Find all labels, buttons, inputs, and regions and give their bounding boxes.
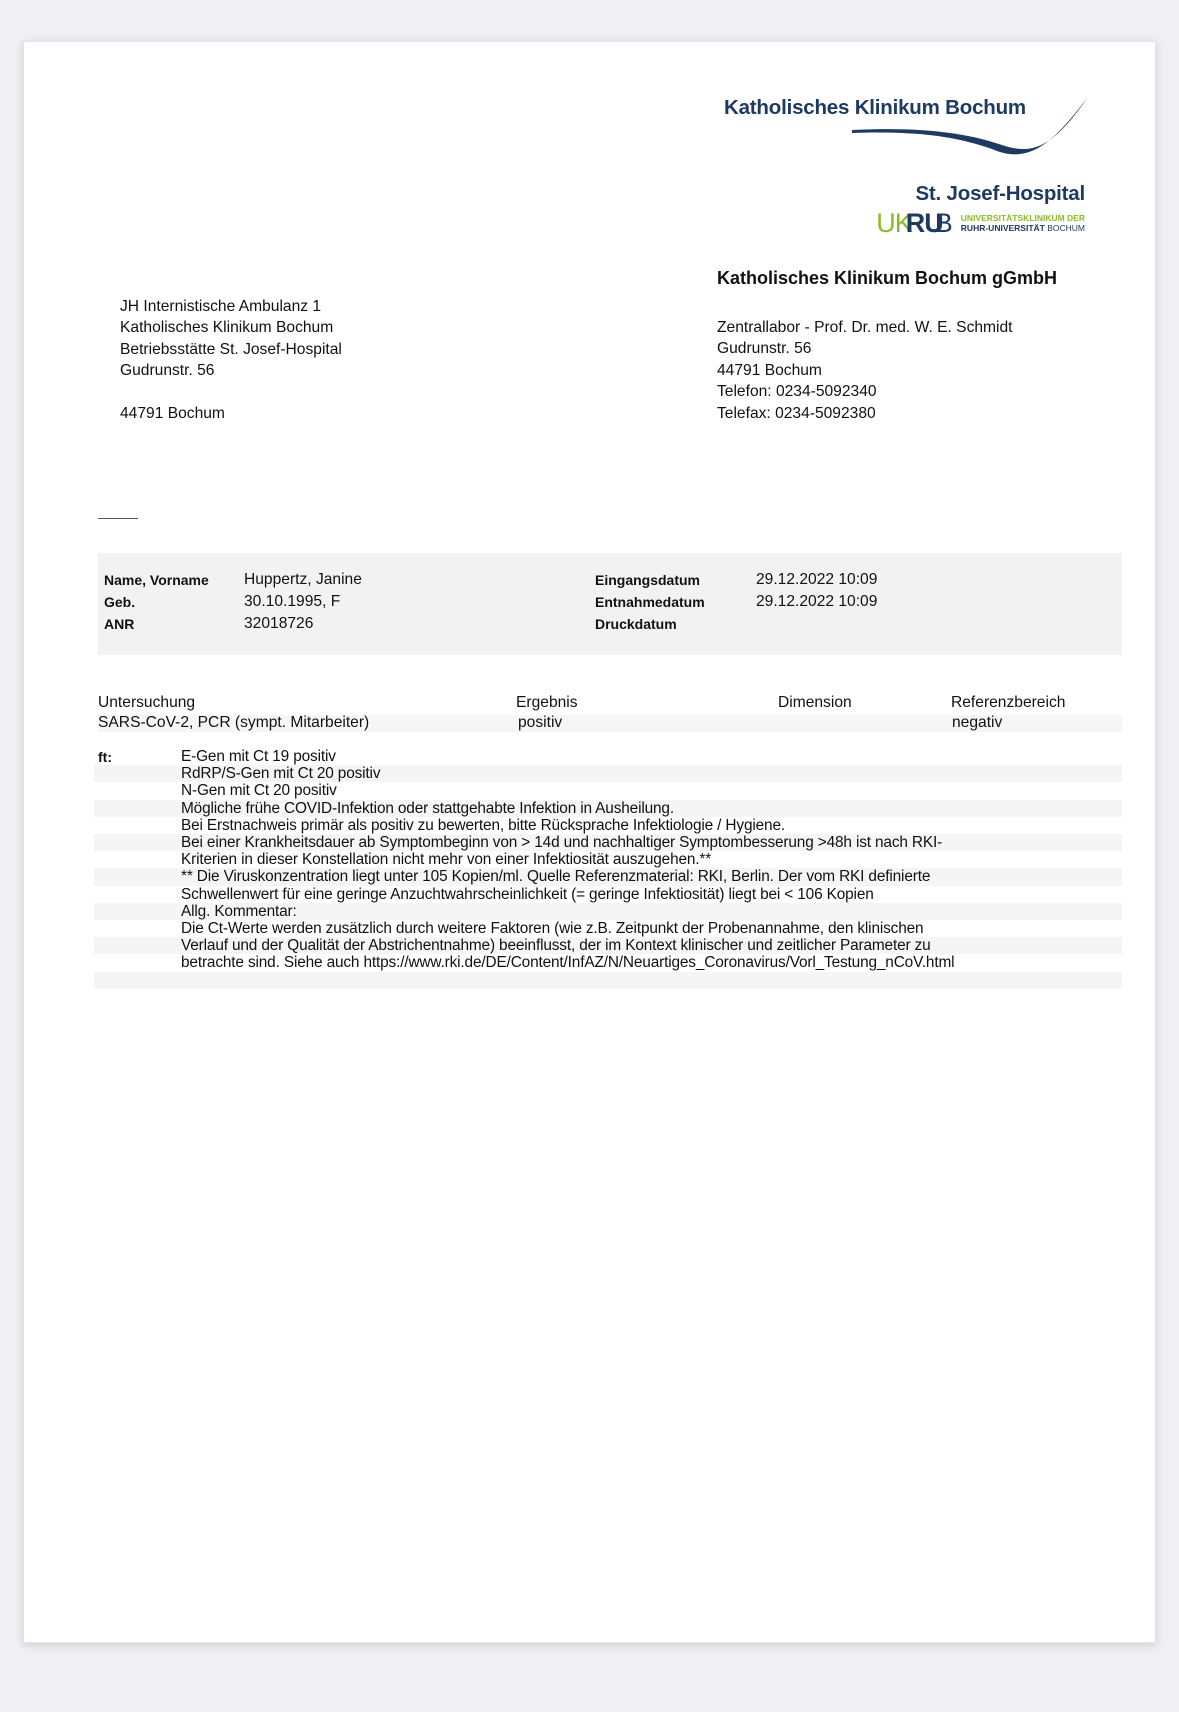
comment-text: RdRP/S-Gen mit Ct 20 positiv xyxy=(181,765,380,782)
patient-anr-value: 32018726 xyxy=(244,615,313,633)
patient-dob-value: 30.10.1995, F xyxy=(244,593,340,611)
col-header-dimension: Dimension xyxy=(778,694,852,712)
comment-text: Schwellenwert für eine geringe Anzuchtwa… xyxy=(181,886,874,903)
recipient-line: 44791 Bochum xyxy=(120,403,342,424)
hospital-name: St. Josef-Hospital xyxy=(915,182,1085,206)
comment-line: Kriterien in dieser Konstellation nicht … xyxy=(94,851,1122,868)
recipient-line: Betriebsstätte St. Josef-Hospital xyxy=(120,339,342,360)
fold-mark-divider xyxy=(98,518,138,519)
ukrub-b: B xyxy=(935,208,953,238)
comment-text: Allg. Kommentar: xyxy=(181,903,297,920)
comment-line: Bei Erstnachweis primär als positiv zu b… xyxy=(94,817,1122,834)
comment-line: betrachte sind. Siehe auch https://www.r… xyxy=(94,954,1122,971)
recipient-address: JH Internistische Ambulanz 1 Katholische… xyxy=(120,296,342,424)
comment-line: Mögliche frühe COVID-Infektion oder stat… xyxy=(94,800,1122,817)
comment-text: Bei einer Krankheitsdauer ab Symptombegi… xyxy=(181,834,942,851)
comment-text: Verlauf und der Qualität der Abstrichent… xyxy=(181,937,931,954)
sender-line: Telefon: 0234-5092340 xyxy=(717,381,1013,402)
comment-line: Verlauf und der Qualität der Abstrichent… xyxy=(94,937,1122,954)
comment-text: betrachte sind. Siehe auch https://www.r… xyxy=(181,954,954,971)
comment-line: RdRP/S-Gen mit Ct 20 positiv xyxy=(94,765,1122,782)
comment-text: E-Gen mit Ct 19 positiv xyxy=(181,748,336,765)
ukrub-subtitle-3: BOCHUM xyxy=(1045,223,1085,233)
comment-line xyxy=(94,972,1122,989)
comment-line: Allg. Kommentar: xyxy=(94,903,1122,920)
sender-line: 44791 Bochum xyxy=(717,360,1013,381)
result-test-name: SARS-CoV-2, PCR (sympt. Mitarbeiter) xyxy=(98,714,369,732)
recipient-line: JH Internistische Ambulanz 1 xyxy=(120,296,342,317)
sender-company: Katholisches Klinikum Bochum gGmbH xyxy=(717,268,1057,289)
comment-text: ** Die Viruskonzentration liegt unter 10… xyxy=(181,868,930,885)
comment-line: ** Die Viruskonzentration liegt unter 10… xyxy=(94,868,1122,885)
comment-line: N-Gen mit Ct 20 positiv xyxy=(94,782,1122,799)
result-value: positiv xyxy=(518,714,562,732)
logo-swoosh-icon xyxy=(852,97,1088,161)
ukrub-subtitle-2: RUHR-UNIVERSITÄT xyxy=(961,223,1045,233)
recipient-line: Katholisches Klinikum Bochum xyxy=(120,317,342,338)
sampling-date-value: 29.12.2022 10:09 xyxy=(756,593,877,611)
col-header-result: Ergebnis xyxy=(516,694,578,712)
sender-line: Zentrallabor - Prof. Dr. med. W. E. Schm… xyxy=(717,317,1013,338)
patient-dob-label: Geb. xyxy=(104,594,135,610)
comment-line: Bei einer Krankheitsdauer ab Symptombegi… xyxy=(94,834,1122,851)
ukrub-logo: UKRUB UNIVERSITÄTSKLINIKUM DER RUHR-UNIV… xyxy=(876,210,1085,236)
patient-name-label: Name, Vorname xyxy=(104,572,209,588)
recipient-line xyxy=(120,382,342,403)
patient-name-value: Huppertz, Janine xyxy=(244,571,362,589)
sampling-date-label: Entnahmedatum xyxy=(595,594,705,610)
col-header-reference: Referenzbereich xyxy=(951,694,1065,712)
comment-line: E-Gen mit Ct 19 positiv xyxy=(94,748,1122,765)
ukrub-subtitle-1: UNIVERSITÄTSKLINIKUM DER xyxy=(961,213,1085,223)
comment-line: Schwellenwert für eine geringe Anzuchtwa… xyxy=(94,886,1122,903)
comment-text: Kriterien in dieser Konstellation nicht … xyxy=(181,851,711,868)
comment-text: N-Gen mit Ct 20 positiv xyxy=(181,782,337,799)
sender-address: Zentrallabor - Prof. Dr. med. W. E. Schm… xyxy=(717,317,1013,424)
comment-line: Die Ct-Werte werden zusätzlich durch wei… xyxy=(94,920,1122,937)
patient-anr-label: ANR xyxy=(104,616,134,632)
comment-text: Mögliche frühe COVID-Infektion oder stat… xyxy=(181,800,674,817)
receipt-date-value: 29.12.2022 10:09 xyxy=(756,571,877,589)
sender-line: Telefax: 0234-5092380 xyxy=(717,403,1013,424)
print-date-label: Druckdatum xyxy=(595,616,677,632)
recipient-line: Gudrunstr. 56 xyxy=(120,360,342,381)
comment-text: Bei Erstnachweis primär als positiv zu b… xyxy=(181,817,785,834)
receipt-date-label: Eingangsdatum xyxy=(595,572,700,588)
col-header-test: Untersuchung xyxy=(98,694,195,712)
result-reference: negativ xyxy=(952,714,1002,732)
sender-line: Gudrunstr. 56 xyxy=(717,338,1013,359)
document-page: Katholisches Klinikum Bochum St. Josef-H… xyxy=(23,41,1156,1643)
comment-text: Die Ct-Werte werden zusätzlich durch wei… xyxy=(181,920,923,937)
